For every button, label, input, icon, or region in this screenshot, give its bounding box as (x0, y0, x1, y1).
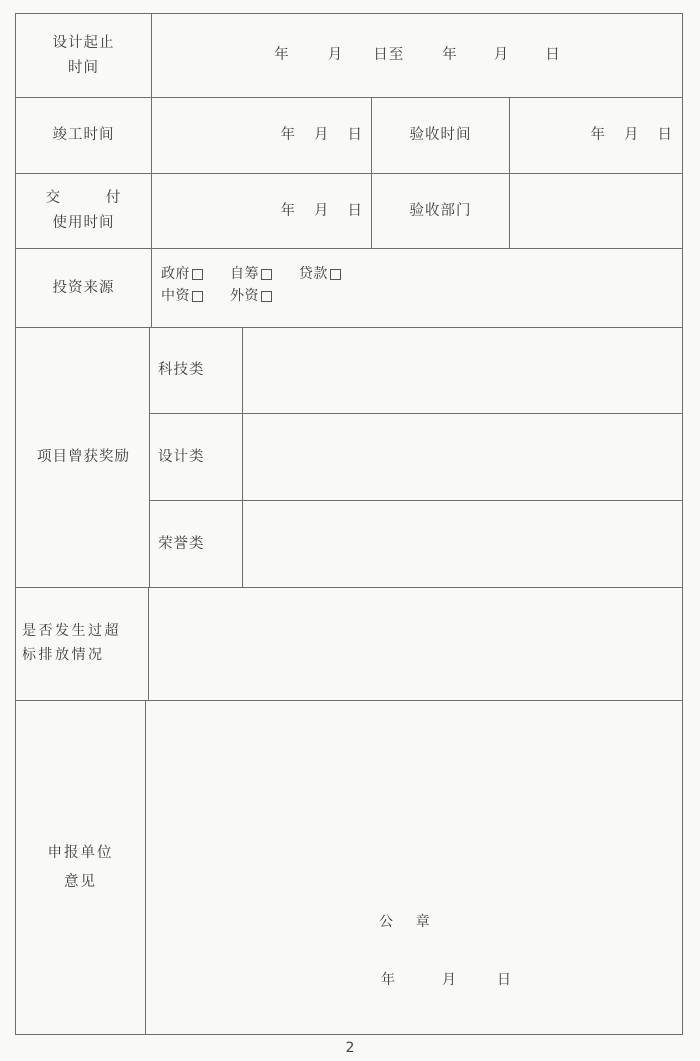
emission-label-line1: 是否发生过超 (22, 620, 121, 644)
acceptance-dept-label: 验收部门 (371, 173, 509, 248)
completion-time-label: 竣工时间 (15, 97, 151, 173)
investment-source-field: 政府 自筹 贷款 中资 外资 (151, 248, 683, 327)
applicant-opinion-field[interactable]: 公 章 年 月 日 (145, 700, 683, 1035)
emission-field[interactable] (148, 587, 683, 700)
delivery-day: 日 (348, 199, 364, 224)
option-loan-label: 贷款 (299, 263, 328, 285)
option-government-label: 政府 (161, 263, 190, 285)
delivery-label-line2: 使用时间 (53, 211, 115, 236)
option-self-funded[interactable]: 自筹 (230, 263, 272, 285)
option-self-funded-label: 自筹 (230, 263, 259, 285)
delivery-time-field[interactable]: 年 月 日 (151, 173, 371, 248)
checkbox-foreign-capital[interactable] (261, 291, 272, 302)
awards-label-text: 项目曾获奖励 (37, 445, 130, 470)
option-government[interactable]: 政府 (161, 263, 203, 285)
acceptance-time-label-text: 验收时间 (410, 123, 472, 148)
design-period-label: 设计起止 时间 (15, 13, 151, 97)
option-chinese-capital-label: 中资 (161, 285, 190, 307)
acceptance-month: 月 (624, 123, 640, 148)
applicant-opinion-label-line2: 意见 (64, 868, 97, 897)
option-foreign-capital-label: 外资 (230, 285, 259, 307)
completion-year: 年 (281, 123, 297, 148)
acceptance-year: 年 (591, 123, 607, 148)
delivery-label-line1: 交 付 (46, 186, 122, 211)
award-tech-field[interactable] (242, 327, 683, 413)
design-period-label-line1: 设计起止 (53, 31, 115, 56)
design-period-field[interactable]: 年 月 日至 年 月 日 (151, 13, 683, 97)
applicant-opinion-label: 申报单位 意见 (15, 700, 145, 1035)
official-seal-label: 公 章 (379, 911, 431, 935)
completion-time-field[interactable]: 年 月 日 (151, 97, 371, 173)
award-category-honor: 荣誉类 (149, 500, 242, 587)
page-number: 2 (0, 1040, 700, 1056)
opinion-month: 月 (442, 969, 457, 993)
delivery-year: 年 (281, 199, 297, 224)
design-end-day: 日 (545, 43, 561, 68)
emission-label: 是否发生过超 标排放情况 (15, 587, 148, 700)
design-end-month: 月 (494, 43, 510, 68)
option-chinese-capital[interactable]: 中资 (161, 285, 203, 307)
opinion-date: 年 月 日 (381, 969, 512, 993)
option-loan[interactable]: 贷款 (299, 263, 341, 285)
completion-day: 日 (348, 123, 364, 148)
project-application-form: 设计起止 时间 年 月 日至 年 月 日 竣工时间 年 月 日 验收时间 年 月… (15, 13, 683, 1035)
award-category-design-label: 设计类 (158, 445, 205, 470)
checkbox-government[interactable] (192, 269, 203, 280)
design-period-label-line2: 时间 (68, 56, 99, 81)
award-category-tech-label: 科技类 (158, 358, 205, 383)
design-start-year: 年 (274, 43, 290, 68)
design-start-month: 月 (328, 43, 344, 68)
acceptance-dept-field[interactable] (509, 173, 683, 248)
completion-month: 月 (314, 123, 330, 148)
acceptance-time-field[interactable]: 年 月 日 (509, 97, 683, 173)
award-category-design: 设计类 (149, 413, 242, 500)
award-category-honor-label: 荣誉类 (158, 532, 205, 557)
acceptance-dept-label-text: 验收部门 (410, 199, 472, 224)
investment-source-label: 投资来源 (15, 248, 151, 327)
award-design-field[interactable] (242, 413, 683, 500)
delivery-month: 月 (314, 199, 330, 224)
applicant-opinion-label-line1: 申报单位 (48, 839, 114, 868)
awards-label: 项目曾获奖励 (15, 327, 151, 587)
opinion-day: 日 (497, 969, 512, 993)
investment-source-label-text: 投资来源 (53, 276, 115, 301)
opinion-year: 年 (381, 969, 396, 993)
delivery-time-label: 交 付 使用时间 (15, 173, 151, 248)
design-end-year: 年 (442, 43, 458, 68)
award-honor-field[interactable] (242, 500, 683, 587)
option-foreign-capital[interactable]: 外资 (230, 285, 272, 307)
design-start-day-to: 日至 (373, 43, 404, 68)
emission-label-line2: 标排放情况 (22, 644, 105, 668)
acceptance-time-label: 验收时间 (371, 97, 509, 173)
checkbox-self-funded[interactable] (261, 269, 272, 280)
award-category-tech: 科技类 (149, 327, 242, 413)
acceptance-day: 日 (658, 123, 674, 148)
checkbox-chinese-capital[interactable] (192, 291, 203, 302)
completion-time-label-text: 竣工时间 (53, 123, 115, 148)
checkbox-loan[interactable] (330, 269, 341, 280)
